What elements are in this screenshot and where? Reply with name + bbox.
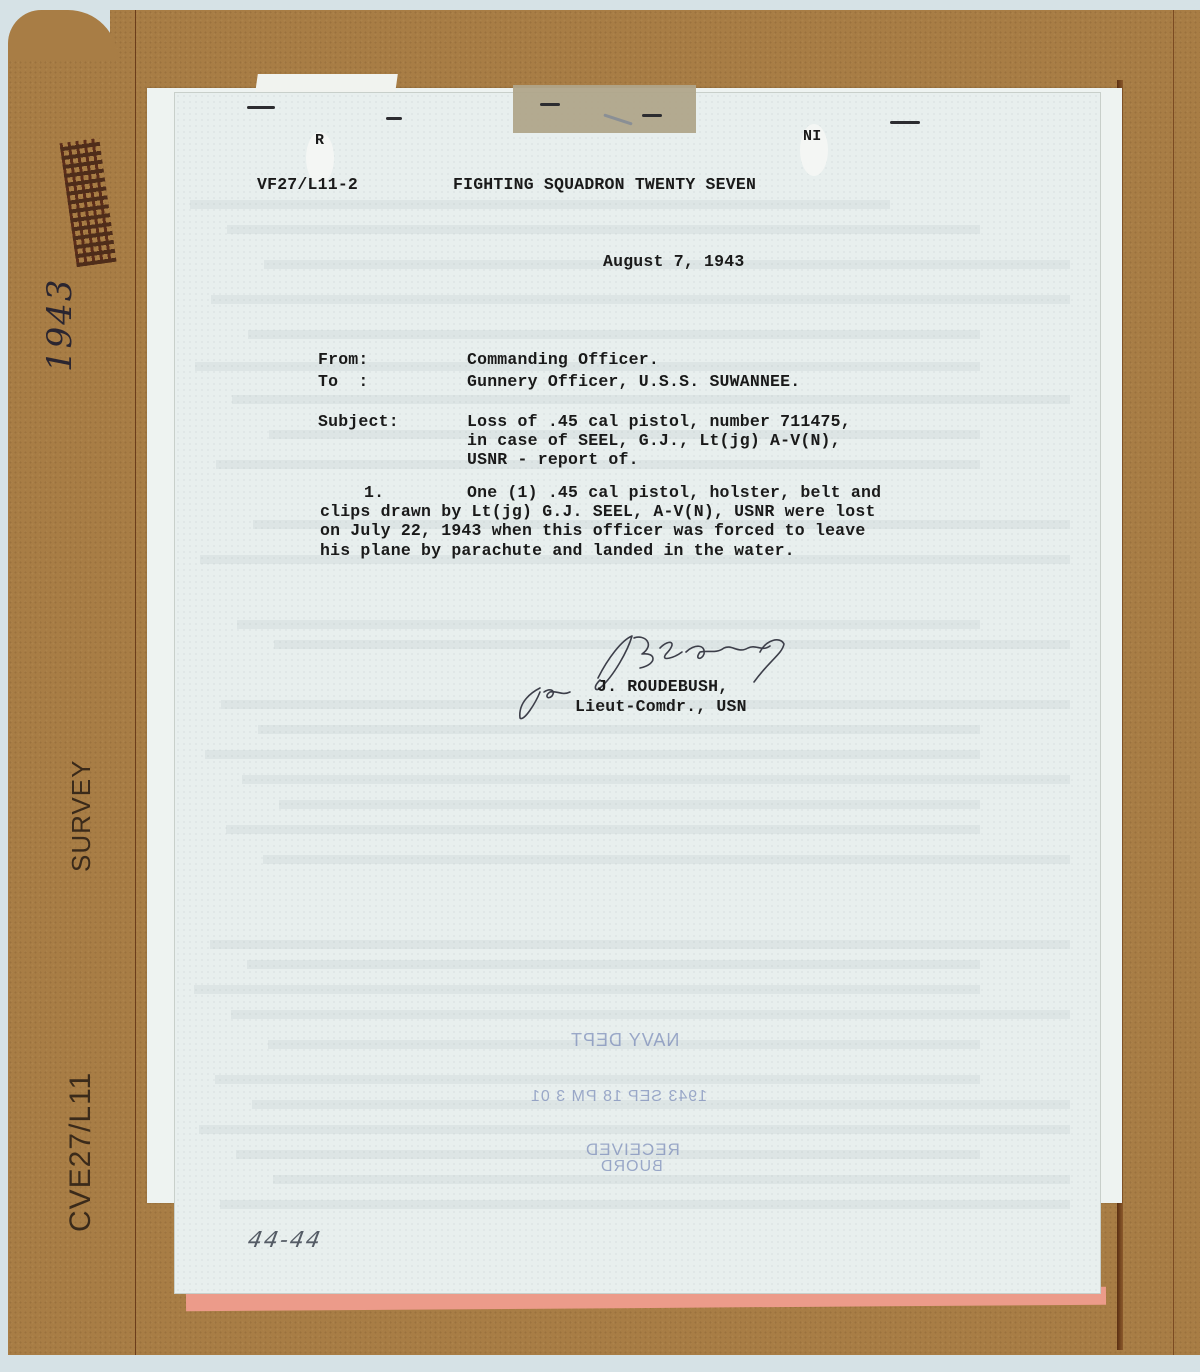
show-through-line <box>226 825 980 834</box>
subject-line: in case of SEEL, G.J., Lt(jg) A-V(N), <box>467 431 841 450</box>
from-label: From: <box>318 350 369 369</box>
show-through-line <box>263 855 1070 864</box>
stamp-received: RECEIVED <box>585 1140 680 1160</box>
subject-label: Subject: <box>318 412 399 431</box>
show-through-line <box>205 750 980 759</box>
paragraph-line: One (1) .45 cal pistol, holster, belt an… <box>467 483 881 502</box>
signatory-name: J. ROUDEBUSH, <box>597 677 728 696</box>
stamp-navy-dept: NAVY DEPT <box>570 1030 679 1051</box>
show-through-line <box>190 200 890 209</box>
subject-line: USNR - report of. <box>467 450 639 469</box>
pencil-annotation: 44-44 <box>246 1228 324 1253</box>
show-through-line <box>227 225 980 234</box>
spine-label-file-code: CVE27/L11 <box>64 1072 98 1232</box>
adhesive-tape <box>513 85 696 133</box>
folder-fold-line <box>135 10 136 1355</box>
stamp-buord: BUORD <box>600 1158 663 1176</box>
show-through-line <box>194 985 980 994</box>
show-through-line <box>215 1075 980 1084</box>
show-through-line <box>211 295 1070 304</box>
subject-line: Loss of .45 cal pistol, number 711475, <box>467 412 851 431</box>
show-through-line <box>237 620 980 629</box>
header-fragment-right: NI <box>803 128 821 145</box>
folder-fold-line <box>1173 10 1174 1355</box>
show-through-line <box>199 1125 1070 1134</box>
staple <box>890 121 920 124</box>
paragraph-line: on July 22, 1943 when this officer was f… <box>320 521 866 540</box>
show-through-line <box>210 940 1070 949</box>
memo-date: August 7, 1943 <box>603 252 744 271</box>
from-value: Commanding Officer. <box>467 350 659 369</box>
show-through-line <box>232 395 1070 404</box>
staple <box>642 114 662 117</box>
show-through-line <box>247 960 980 969</box>
show-through-line <box>273 1175 1070 1184</box>
show-through-line <box>242 775 1070 784</box>
stamp-date: 1943 SEP 18 PM 3 01 <box>530 1088 707 1106</box>
show-through-line <box>248 330 980 339</box>
show-through-line <box>279 800 980 809</box>
spine-year: 1943 <box>40 277 80 372</box>
header-fragment-left: R <box>315 132 324 149</box>
staple <box>540 103 560 106</box>
paragraph-number: 1. <box>364 483 384 502</box>
paragraph-line: his plane by parachute and landed in the… <box>320 541 795 560</box>
to-label: To : <box>318 372 369 391</box>
organization-title: FIGHTING SQUADRON TWENTY SEVEN <box>453 175 756 194</box>
staple <box>386 117 402 120</box>
paragraph-line: clips drawn by Lt(jg) G.J. SEEL, A-V(N),… <box>320 502 876 521</box>
file-reference: VF27/L11-2 <box>257 175 358 194</box>
show-through-line <box>220 1200 1070 1209</box>
show-through-line <box>258 725 980 734</box>
spine-label-survey: SURVEY <box>66 760 97 872</box>
show-through-line <box>231 1010 1070 1019</box>
to-value: Gunnery Officer, U.S.S. SUWANNEE. <box>467 372 800 391</box>
signatory-rank: Lieut-Comdr., USN <box>575 697 747 716</box>
staple <box>247 106 275 109</box>
